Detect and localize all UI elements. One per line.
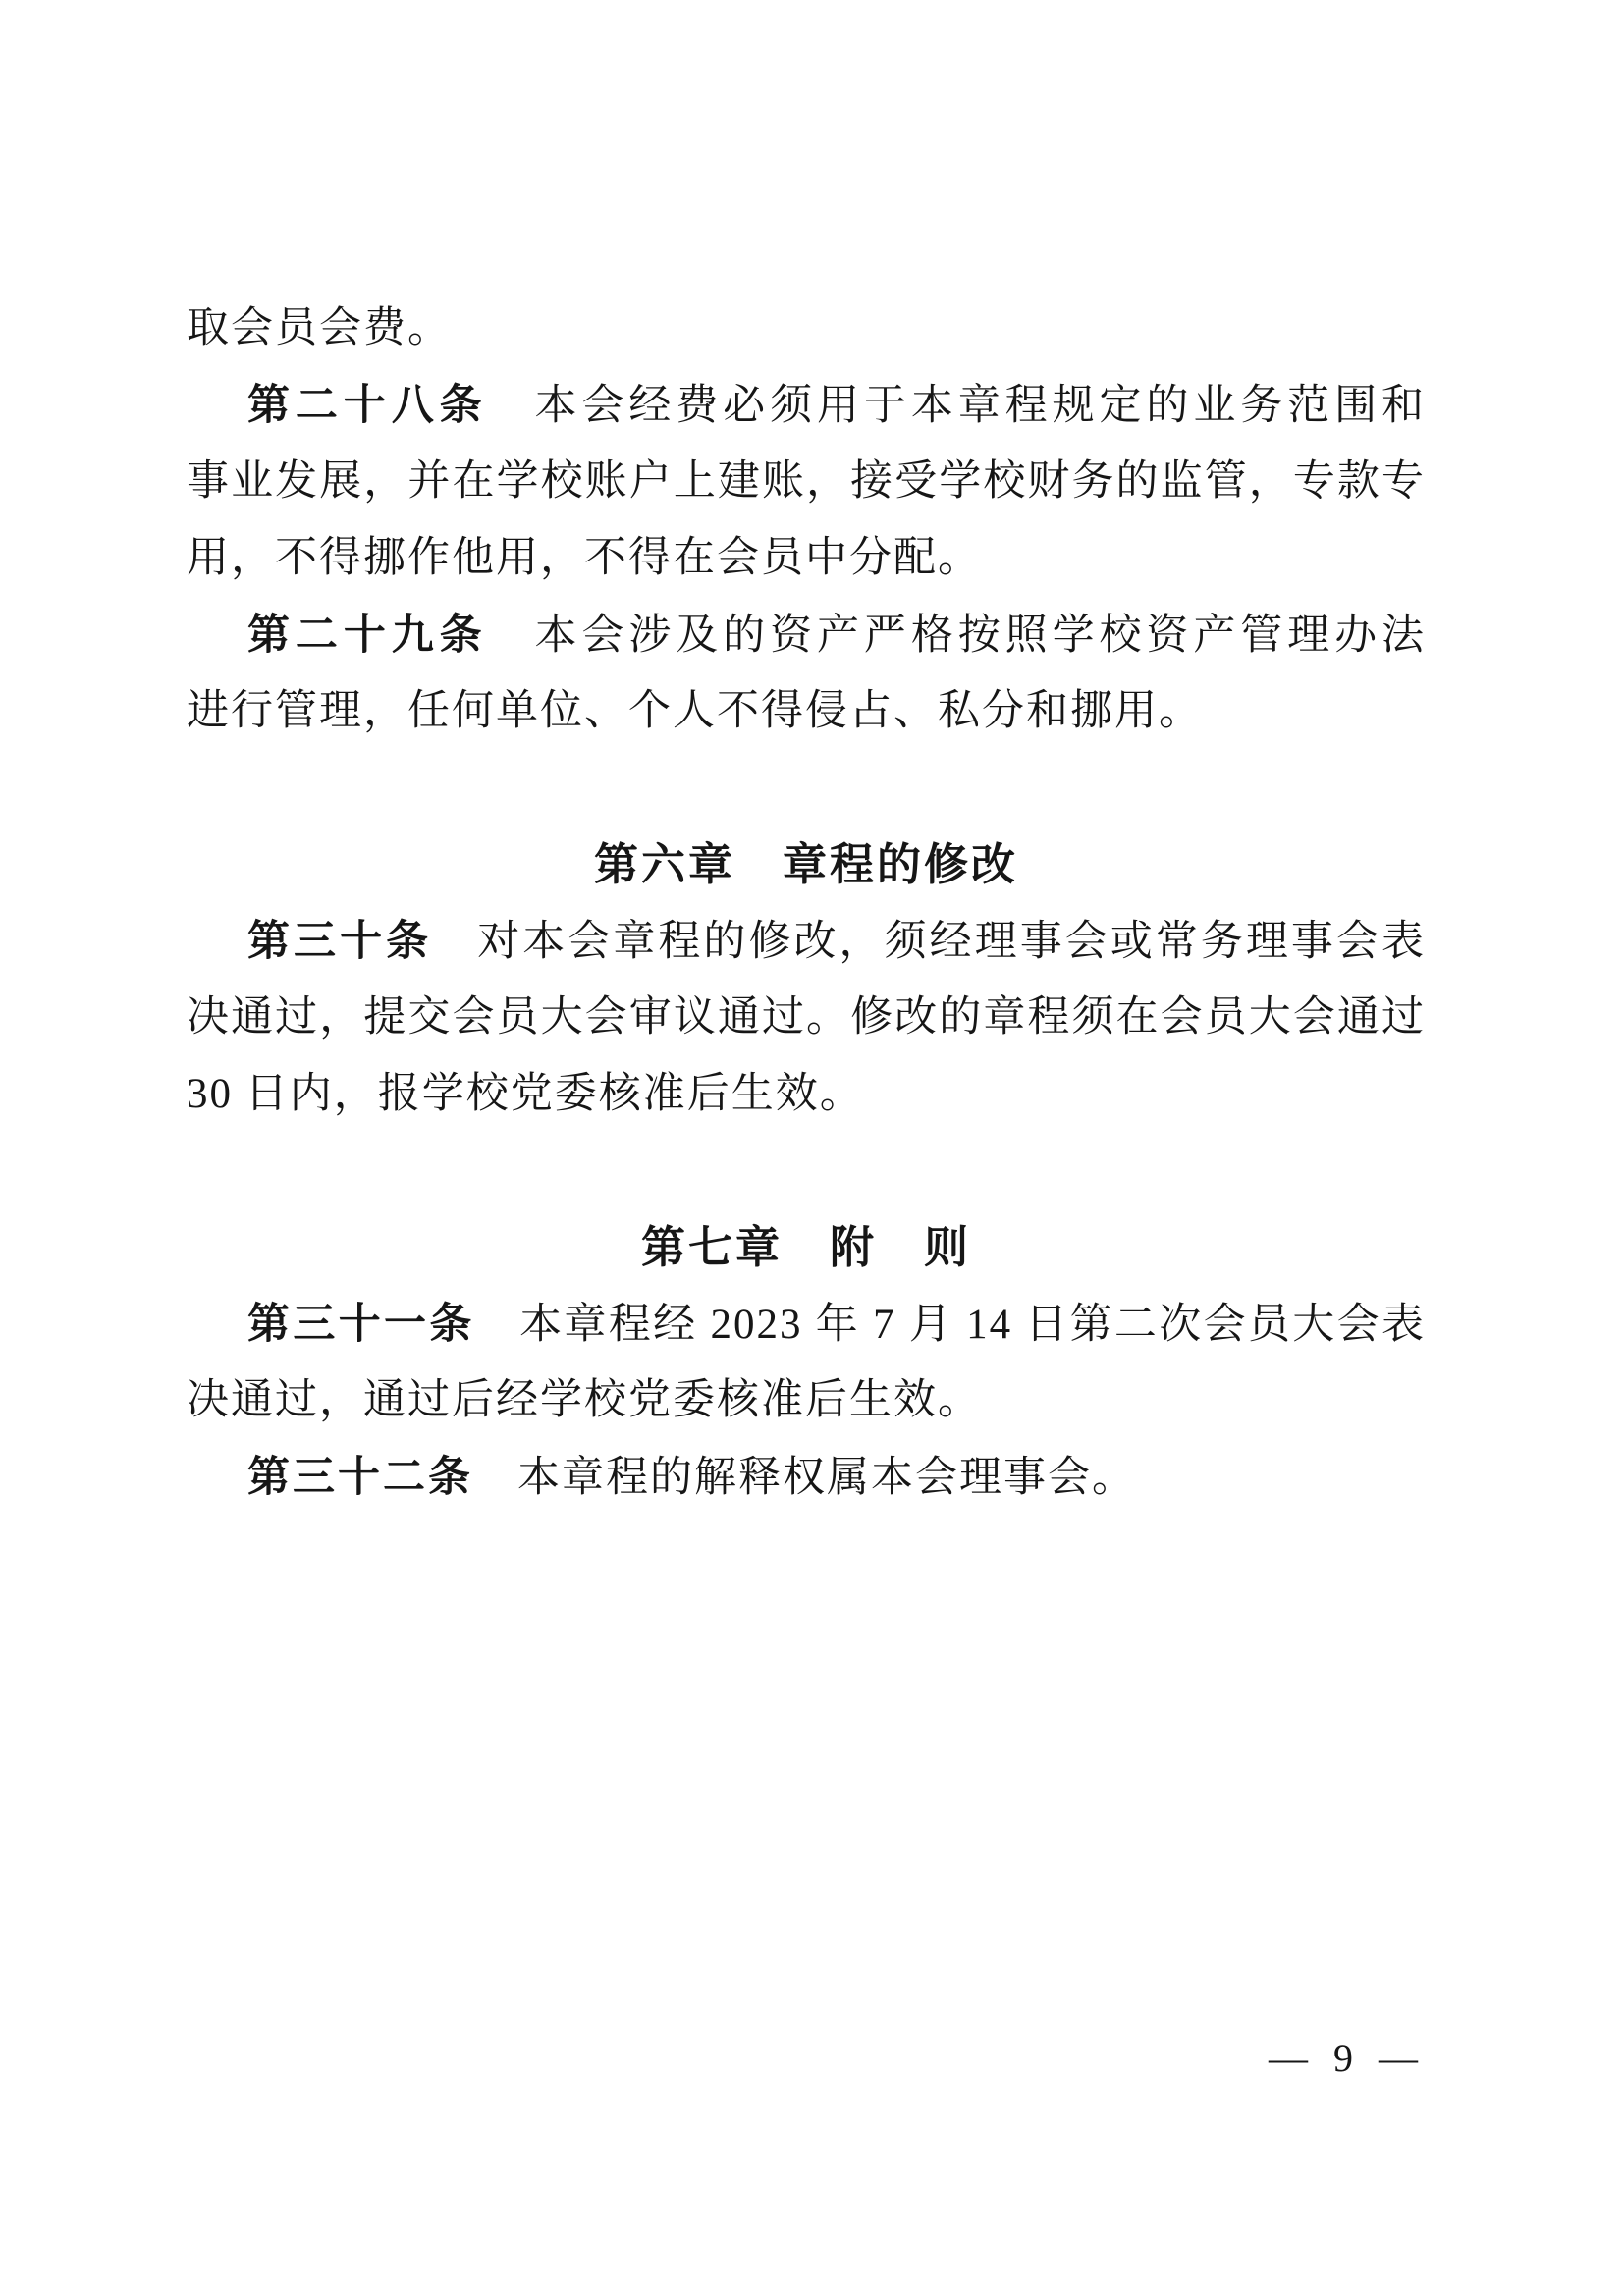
line-text: 取会员会费。 [187, 305, 452, 351]
document-body: 取会员会费。第二十八条 本会经费必须用于本章程规定的业务范围和事业发展，并在学校… [187, 291, 1426, 1516]
text-line: 第三十条 对本会章程的修改，须经理事会或常务理事会表 [187, 903, 1426, 980]
line-text: 进行管理，任何单位、个人不得侵占、私分和挪用。 [187, 688, 1203, 734]
text-line: 决通过，提交会员大会审议通过。修改的章程须在会员大会通过 [187, 980, 1426, 1056]
text-line: 第二十九条 本会涉及的资产严格按照学校资产管理办法 [187, 597, 1426, 673]
text-line: 进行管理，任何单位、个人不得侵占、私分和挪用。 [187, 673, 1426, 750]
article-number: 第三十一条 [247, 1301, 475, 1348]
article-number: 第二十九条 [247, 612, 488, 659]
article-number: 第三十条 [247, 918, 432, 965]
text-line: 第三十一条 本章程经 2023 年 7 月 14 日第二次会员大会表 [187, 1286, 1426, 1362]
chapter-heading: 第六章 章程的修改 [187, 827, 1426, 903]
spacer-line [187, 1133, 1426, 1209]
text-line: 事业发展，并在学校账户上建账，接受学校财务的监管，专款专 [187, 444, 1426, 520]
article-number: 第七章 附 则 [641, 1222, 971, 1272]
text-line: 第二十八条 本会经费必须用于本章程规定的业务范围和 [187, 367, 1426, 444]
line-text: 本章程经 2023 年 7 月 14 日第二次会员大会表 [475, 1302, 1426, 1348]
spacer-line [187, 750, 1426, 827]
article-number: 第二十八条 [247, 382, 488, 429]
article-number: 第三十二条 [247, 1454, 473, 1501]
text-line: 用，不得挪作他用，不得在会员中分配。 [187, 520, 1426, 597]
line-text: 对本会章程的修改，须经理事会或常务理事会表 [432, 919, 1426, 965]
line-text: 事业发展，并在学校账户上建账，接受学校财务的监管，专款专 [187, 458, 1426, 505]
line-text: 决通过，提交会员大会审议通过。修改的章程须在会员大会通过 [187, 994, 1426, 1041]
line-text: 30 日内，报学校党委核准后生效。 [187, 1071, 864, 1117]
line-text: 用，不得挪作他用，不得在会员中分配。 [187, 535, 982, 581]
page-number: — 9 — [187, 2020, 1426, 2097]
line-text: 本章程的解释权属本会理事会。 [473, 1455, 1136, 1501]
text-line: 取会员会费。 [187, 291, 1426, 367]
text-line: 决通过，通过后经学校党委核准后生效。 [187, 1362, 1426, 1439]
document-page: 取会员会费。第二十八条 本会经费必须用于本章程规定的业务范围和事业发展，并在学校… [0, 0, 1624, 2296]
text-line: 30 日内，报学校党委核准后生效。 [187, 1056, 1426, 1133]
line-text: 本会经费必须用于本章程规定的业务范围和 [488, 383, 1426, 429]
text-line: 第三十二条 本章程的解释权属本会理事会。 [187, 1439, 1426, 1516]
article-number: 第六章 章程的修改 [594, 839, 1018, 889]
chapter-heading: 第七章 附 则 [187, 1209, 1426, 1286]
line-text: 本会涉及的资产严格按照学校资产管理办法 [488, 613, 1426, 659]
line-text: 决通过，通过后经学校党委核准后生效。 [187, 1377, 982, 1423]
